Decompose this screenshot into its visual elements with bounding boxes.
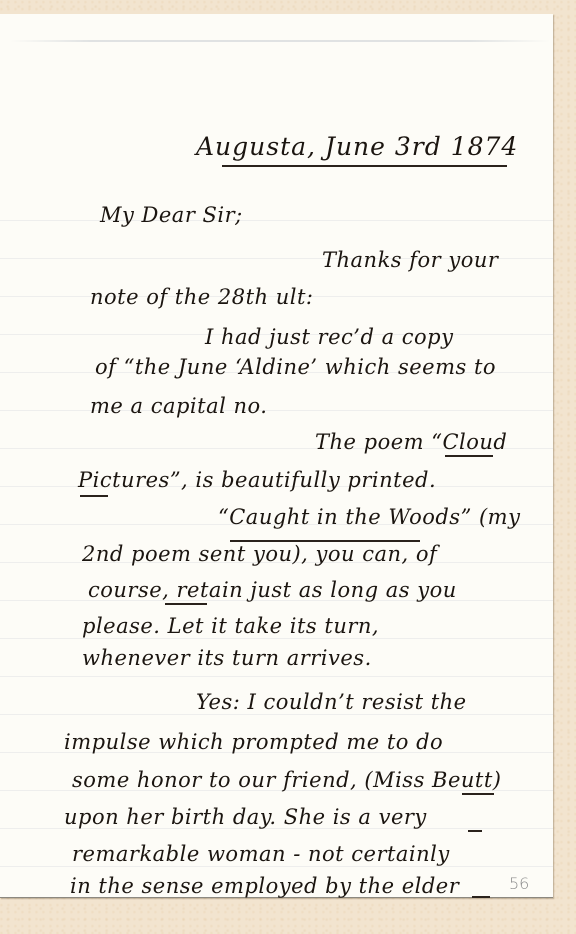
letter-line-14: impulse which prompted me to do <box>64 732 443 753</box>
letter-line-10: course, retain just as long as you <box>88 580 457 601</box>
letter-line-4: of “the June ‘Aldine’ which seems to <box>95 357 496 378</box>
letter-line-9: 2nd poem sent you), you can, of <box>82 544 437 565</box>
archival-mount: Augusta, June 3rd 1874 My Dear Sir; Than… <box>0 0 576 934</box>
letter-line-7: Pictures”, is beautifully printed. <box>78 470 436 491</box>
ruled-line <box>0 714 553 715</box>
ruled-line <box>0 676 553 677</box>
name-underline <box>462 793 494 795</box>
letter-line-17: remarkable woman - not certainly <box>72 844 450 865</box>
word-underline <box>165 603 207 605</box>
page-number: 56 <box>509 874 529 893</box>
ruled-line <box>0 866 553 867</box>
letter-line-11: please. Let it take its turn, <box>82 616 379 637</box>
title-underline <box>80 495 108 497</box>
ruled-line <box>0 220 553 221</box>
letter-line-3: I had just rec’d a copy <box>205 327 454 348</box>
letter-line-5: me a capital no. <box>90 396 267 417</box>
letter-line-13: Yes: I couldn’t resist the <box>196 692 467 713</box>
letter-line-2: note of the 28th ult: <box>90 287 313 308</box>
letter-line-18: in the sense employed by the elder <box>70 876 459 897</box>
salutation: My Dear Sir; <box>100 205 243 226</box>
ruled-line <box>0 638 553 639</box>
letter-line-16: upon her birth day. She is a very <box>64 807 427 828</box>
word-underline <box>468 830 482 832</box>
letter-line-12: whenever its turn arrives. <box>82 648 372 669</box>
fold-crease <box>10 40 550 42</box>
letter-line-6: The poem “Cloud <box>315 432 507 453</box>
title-underline <box>445 455 493 457</box>
dateline: Augusta, June 3rd 1874 <box>196 134 518 159</box>
letter-line-15: some honor to our friend, (Miss Beutt) <box>72 770 502 791</box>
ruled-line <box>0 410 553 411</box>
dateline-underline <box>222 165 507 167</box>
letter-line-1: Thanks for your <box>322 250 498 271</box>
word-underline <box>472 896 490 898</box>
letter-line-8: “Caught in the Woods” (my <box>218 507 520 528</box>
